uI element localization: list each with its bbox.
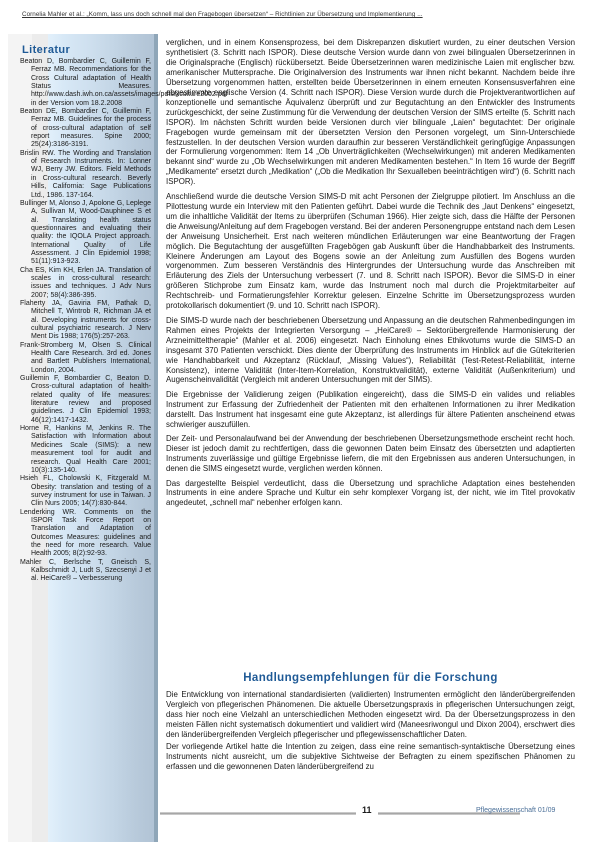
- reference-item: Horne R, Hankins M, Jenkins R. The Satis…: [20, 425, 151, 475]
- reference-item: Frank-Stromberg M, Olsen S. Clinical Hea…: [20, 342, 151, 375]
- reference-item: Guillemin F, Bombardier C, Beaton D. Cro…: [20, 375, 151, 425]
- body-paragraph: Anschließend wurde die deutsche Version …: [166, 192, 575, 311]
- running-head: Cornelia Mahler et al.: „Komm, lass uns …: [22, 11, 575, 18]
- reference-item: Beaton DE, Bombardier C, Guillemin F, Fe…: [20, 108, 151, 150]
- body-paragraph: verglichen, und in einem Konsensprozess,…: [166, 38, 575, 187]
- literature-heading: Literatur: [22, 44, 70, 56]
- section-heading: Handlungsempfehlungen für die Forschung: [166, 672, 575, 684]
- body-paragraph: Die Entwicklung von international standa…: [166, 690, 575, 740]
- journal-name: Pflegewissenschaft 01/09: [476, 807, 555, 814]
- body-paragraph: Die Ergebnisse der Validierung zeigen (P…: [166, 390, 575, 430]
- reference-item: Beaton D, Bombardier C, Guillemin F, Fer…: [20, 58, 151, 108]
- sidebar-divider: [154, 34, 158, 842]
- reference-item: Lenderking WR. Comments on the ISPOR Tas…: [20, 509, 151, 559]
- reference-item: Cha ES, Kim KH, Erlen JA. Translation of…: [20, 267, 151, 300]
- body-paragraph: Der Zeit- und Personalaufwand bei der An…: [166, 434, 575, 474]
- main-text-column: verglichen, und in einem Konsensprozess,…: [166, 38, 575, 513]
- reference-item: Bullinger M, Alonso J, Apolone G, Lepleg…: [20, 200, 151, 267]
- reference-item: Flaherty JA, Gaviria FM, Pathak D, Mitch…: [20, 300, 151, 342]
- reference-item: Brislin RW. The Wording and Translation …: [20, 150, 151, 200]
- body-paragraph: Die SIMS-D wurde nach der beschriebenen …: [166, 316, 575, 386]
- reference-list: Beaton D, Bombardier C, Guillemin F, Fer…: [20, 58, 151, 584]
- body-paragraph: Das dargestellte Beispiel verdeutlicht, …: [166, 479, 575, 509]
- reference-item: Mahler C, Berlsche T, Gneisch S, Kalbsch…: [20, 559, 151, 584]
- body-paragraph: Der vorliegende Artikel hatte die Intent…: [166, 742, 575, 772]
- section-text: Die Entwicklung von international standa…: [166, 690, 575, 775]
- page-number: 11: [356, 805, 378, 815]
- reference-item: Hsieh FL, Cholowski K, Fitzgerald M. Obe…: [20, 475, 151, 508]
- footer-rule: [160, 812, 520, 815]
